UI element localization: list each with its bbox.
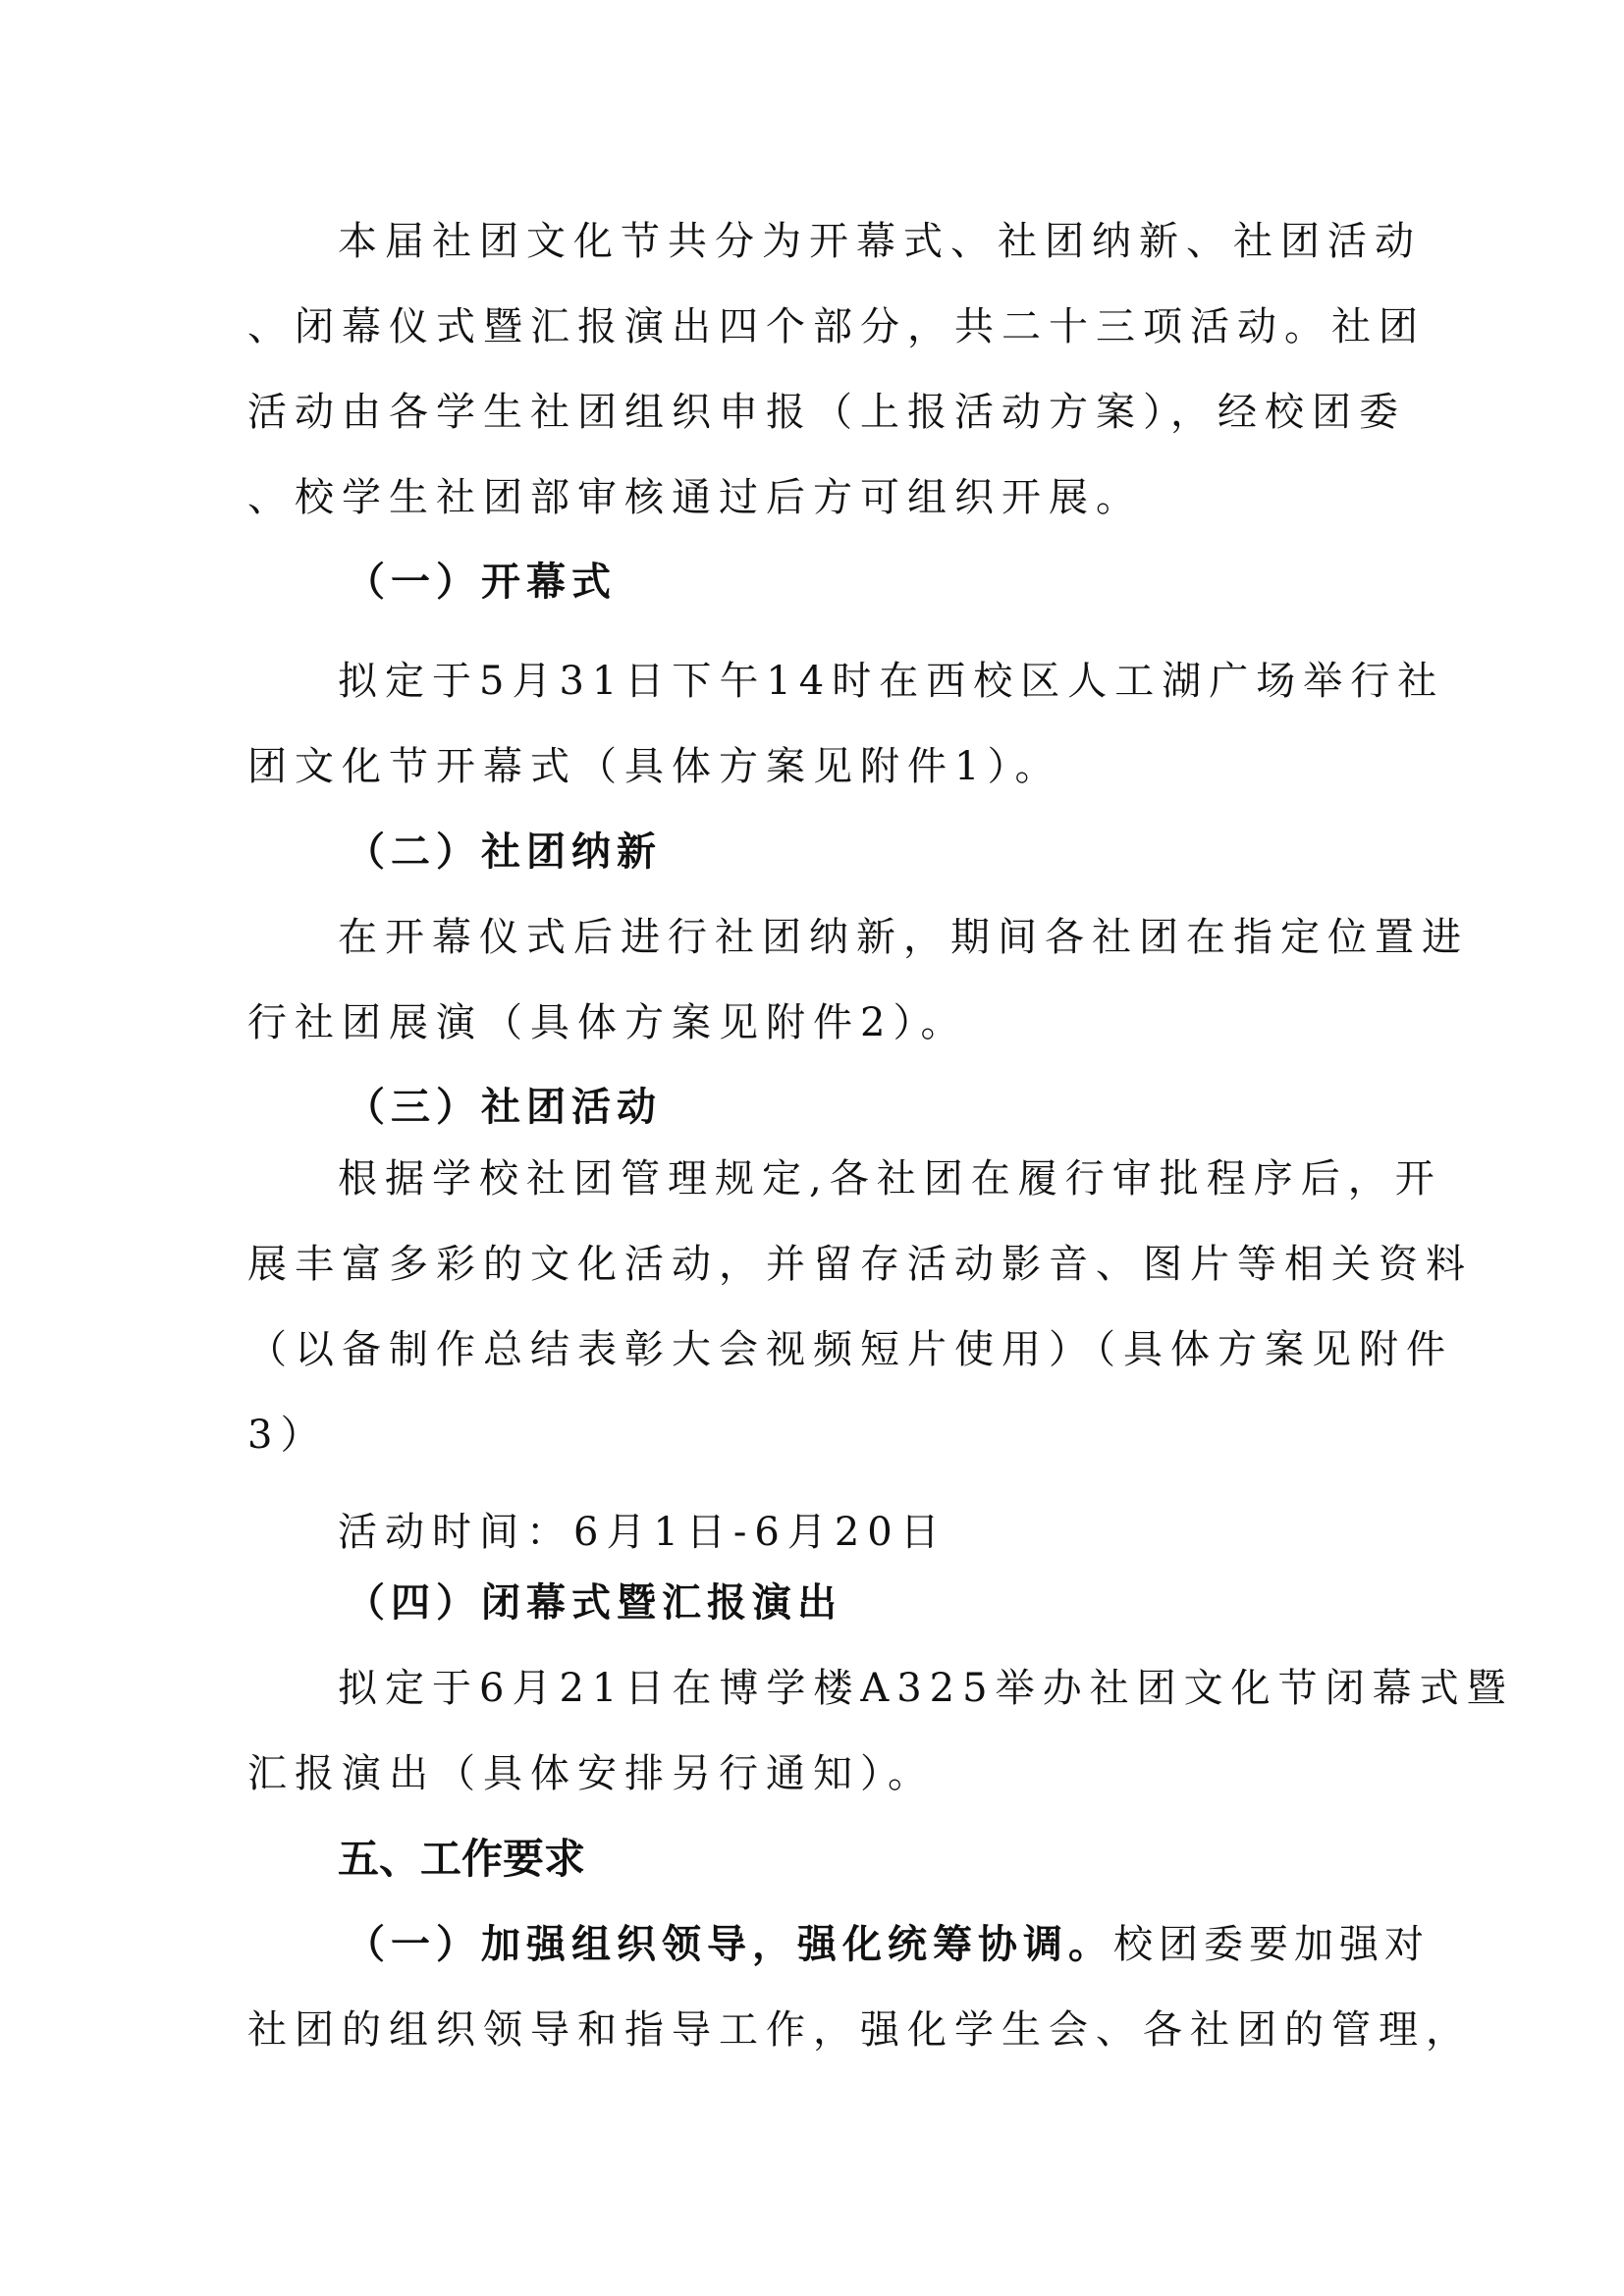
work-req-item-1-text: 校团委要加强对: [1113, 1922, 1430, 1967]
section-heading-opening: （一）开幕式: [346, 555, 1475, 610]
section-heading-activities: （三）社团活动: [346, 1080, 1475, 1135]
section-heading-closing: （四）闭幕式暨汇报演出: [346, 1575, 1475, 1630]
opening-line-2: 团文化节开幕式（具体方案见附件1）。: [247, 739, 1377, 794]
work-req-item-1-title: （一）加强组织领导，强化统筹协调。: [346, 1921, 1113, 1967]
section-heading-work-requirements: 五、工作要求: [338, 1832, 1467, 1887]
work-req-item-1-line-2: 社团的组织领导和指导工作，强化学生会、各社团的管理，: [247, 2002, 1377, 2057]
recruitment-line-2: 行社团展演（具体方案见附件2）。: [247, 995, 1377, 1050]
document-page: 本届社团文化节共分为开幕式、社团纳新、社团活动 、闭幕仪式暨汇报演出四个部分，共…: [0, 0, 1624, 2296]
activities-time: 活动时间：6月1日-6月20日: [338, 1505, 1377, 1560]
recruitment-line-1: 在开幕仪式后进行社团纳新，期间各社团在指定位置进: [338, 910, 1377, 965]
section-heading-recruitment: （二）社团纳新: [346, 825, 1475, 880]
activities-line-2: 展丰富多彩的文化活动，并留存活动影音、图片等相关资料: [247, 1237, 1377, 1292]
intro-line-3: 活动由各学生社团组织申报（上报活动方案），经校团委: [247, 385, 1377, 440]
opening-line-1: 拟定于5月31日下午14时在西校区人工湖广场举行社: [338, 654, 1377, 709]
activities-line-4: 3）: [247, 1408, 1377, 1463]
intro-line-2: 、闭幕仪式暨汇报演出四个部分，共二十三项活动。社团: [247, 299, 1377, 354]
closing-line-2: 汇报演出（具体安排另行通知）。: [247, 1746, 1377, 1801]
intro-line-4: 、校学生社团部审核通过后方可组织开展。: [247, 470, 1377, 525]
activities-line-1: 根据学校社团管理规定,各社团在履行审批程序后，开: [338, 1151, 1377, 1206]
intro-line-1: 本届社团文化节共分为开幕式、社团纳新、社团活动: [338, 214, 1377, 269]
activities-line-3: （以备制作总结表彰大会视频短片使用）（具体方案见附件: [247, 1322, 1377, 1377]
closing-line-1: 拟定于6月21日在博学楼A325举办社团文化节闭幕式暨: [338, 1661, 1377, 1716]
work-req-item-1-line-1: （一）加强组织领导，强化统筹协调。校团委要加强对: [346, 1917, 1377, 1972]
